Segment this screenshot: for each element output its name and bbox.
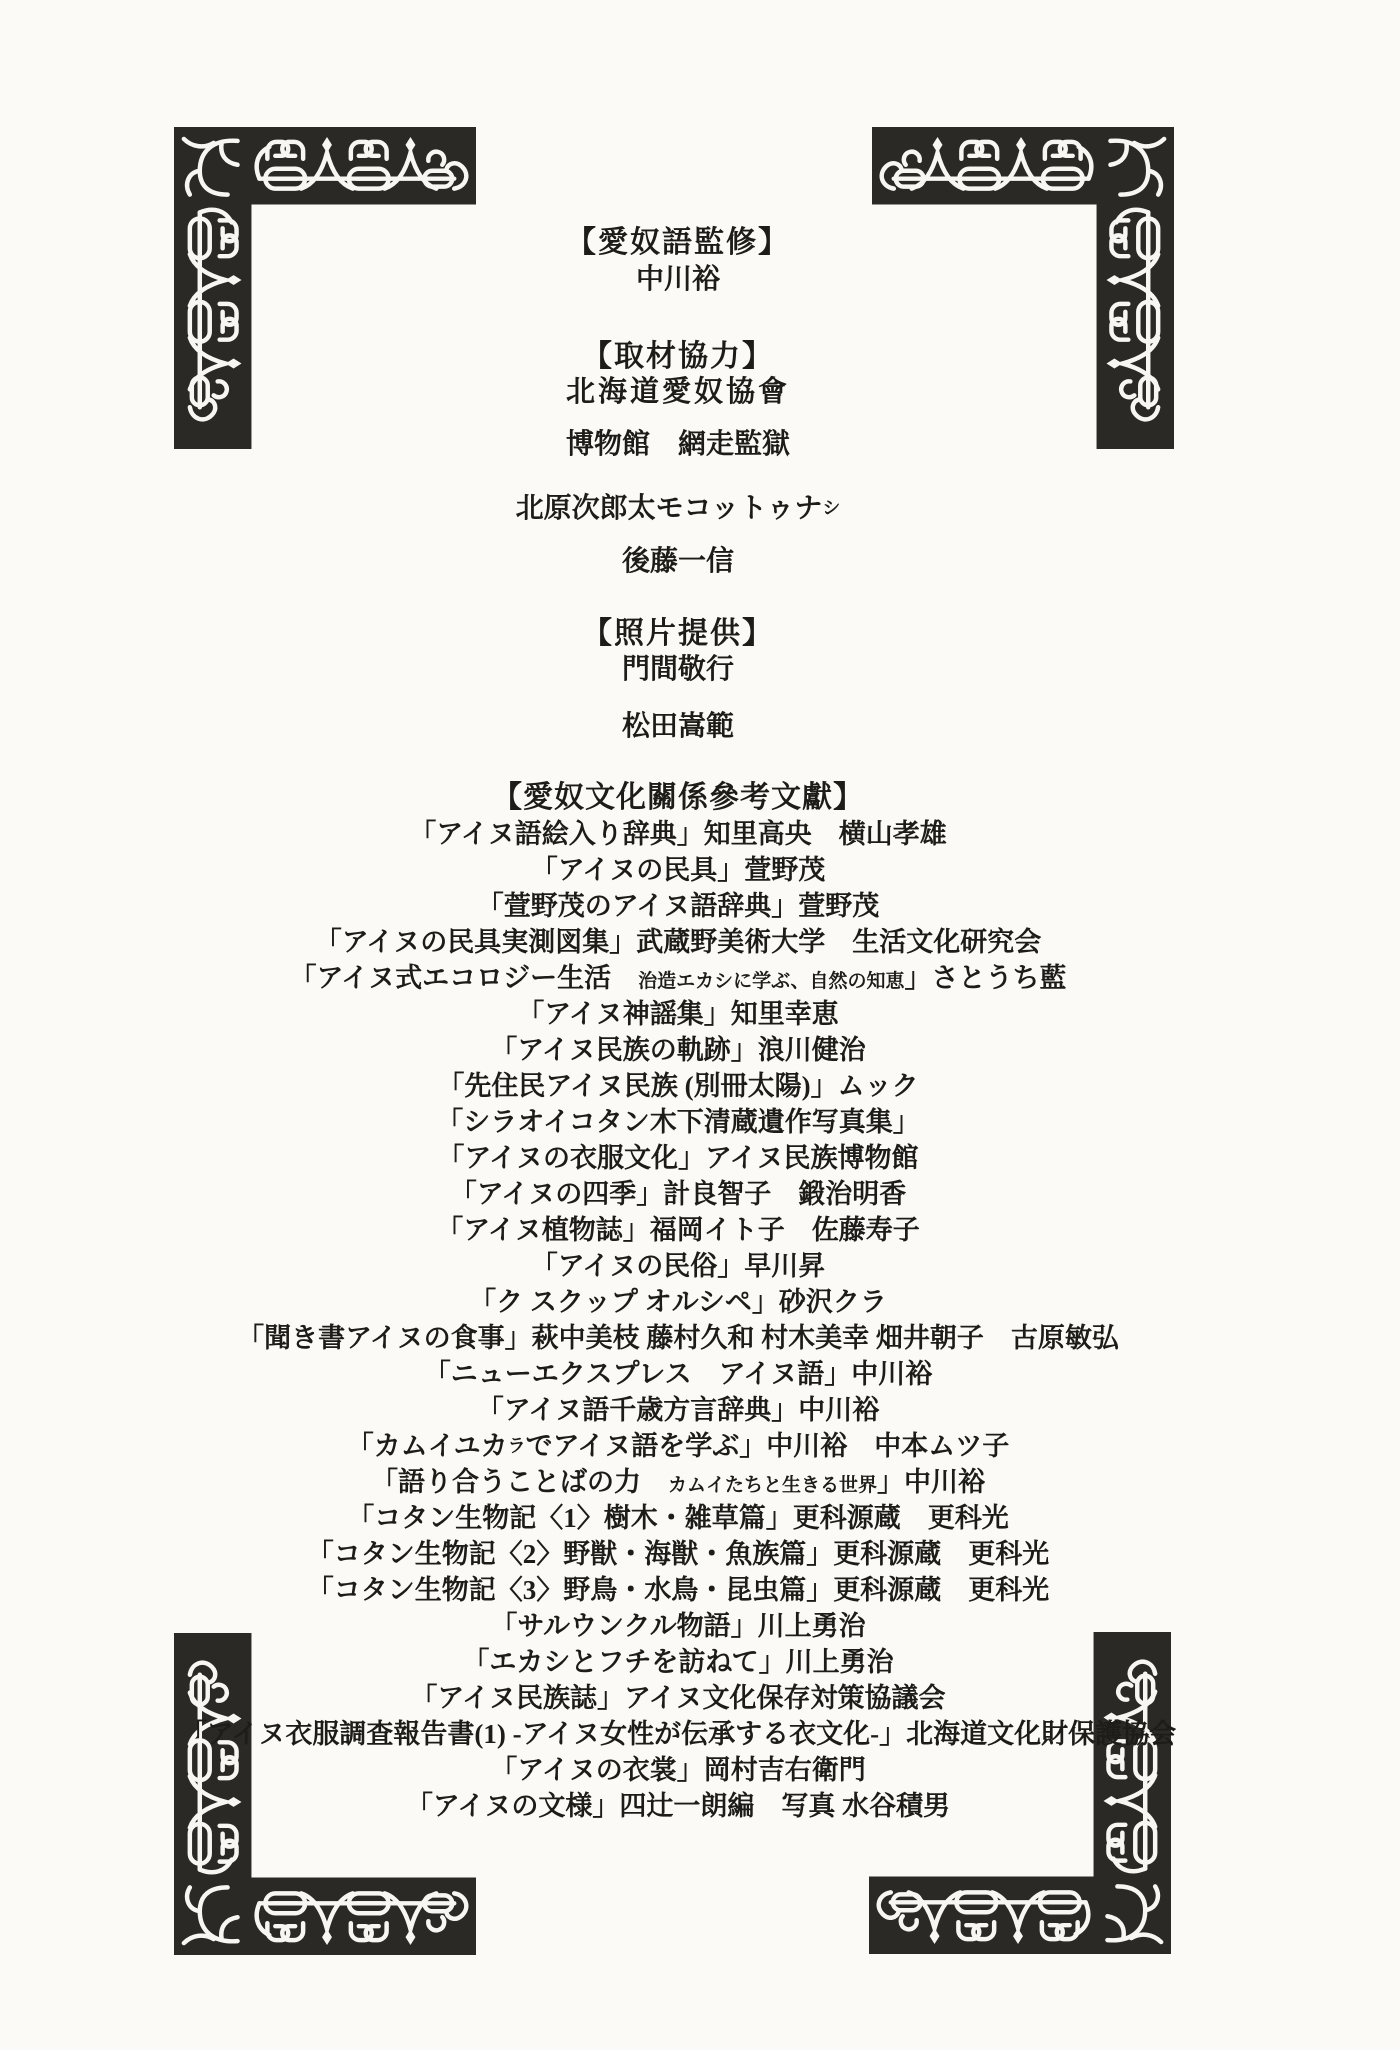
reference-item: 「アイヌの四季」計良智子 鍛治明香 (0, 1176, 1356, 1212)
credit-name: 松田嵩範 (0, 709, 1356, 745)
section-heading-references: 【愛奴文化關係參考文獻】 (0, 780, 1356, 816)
reference-list: 「アイヌ語絵入り辞典」知里高央 横山孝雄「アイヌの民具」萱野茂「萱野茂のアイヌ語… (0, 816, 1356, 1824)
reference-item: 「アイヌの民具実測図集」武蔵野美術大学 生活文化研究会 (0, 924, 1356, 960)
credit-name-small-kana: シ (822, 498, 840, 518)
reference-item: 「アイヌ語千歳方言辞典」中川裕 (0, 1392, 1356, 1428)
reference-item-text: 」中川裕 (877, 1467, 985, 1497)
reference-item: 「アイヌの衣裳」岡村吉右衛門 (0, 1752, 1356, 1788)
credit-name: 中川裕 (0, 262, 1356, 298)
credit-organization: 北海道愛奴協會 (0, 374, 1356, 410)
reference-item: 「コタン生物記〈3〉野鳥・水鳥・昆虫篇」更科源蔵 更科光 (0, 1572, 1356, 1608)
reference-item: 「アイヌの文様」四辻一朗編 写真 水谷積男 (0, 1788, 1356, 1824)
reference-item-text: でアイヌ語を学ぶ」中川裕 中本ムツ子 (526, 1431, 1010, 1461)
credit-name-text: 北原次郎太モコットゥナ (516, 493, 823, 524)
reference-item: 「エカシとフチを訪ねて」川上勇治 (0, 1644, 1356, 1680)
reference-item-text: 「カムイユカ (347, 1431, 508, 1461)
reference-item: 「アイヌの民具」萱野茂 (0, 852, 1356, 888)
reference-item: 「聞き書アイヌの食事」萩中美枝 藤村久和 村木美幸 畑井朝子 古原敏弘 (0, 1320, 1356, 1356)
credit-name: 北原次郎太モコットゥナシ (0, 490, 1356, 526)
reference-item: 「先住民アイヌ民族 (別冊太陽)」ムック (0, 1068, 1356, 1104)
credit-name: 門間敬行 (0, 652, 1356, 688)
reference-item: 「アイヌ神謡集」知里幸恵 (0, 996, 1356, 1032)
reference-item: 「カムイユカラでアイヌ語を学ぶ」中川裕 中本ムツ子 (0, 1428, 1356, 1464)
credit-name: 後藤一信 (0, 544, 1356, 580)
section-heading-ainu-language-supervision: 【愛奴語監修】 (0, 225, 1356, 261)
reference-item-subtitle: 治造エカシに学ぶ、自然の知恵 (638, 971, 904, 992)
section-heading-reporting-cooperation: 【取材協力】 (0, 339, 1356, 375)
reference-item: 「アイヌ民族誌」アイヌ文化保存対策協議会 (0, 1680, 1356, 1716)
reference-item: 「アイヌ式エコロジー生活 治造エカシに学ぶ、自然の知恵」さとうち藍 (0, 960, 1356, 996)
section-heading-photo-credit: 【照片提供】 (0, 616, 1356, 652)
reference-item-subtitle: カムイたちと生きる世界 (668, 1475, 877, 1496)
reference-item-small-kana: ラ (508, 1436, 526, 1456)
reference-item: 「シラオイコタン木下清蔵遺作写真集」 (0, 1104, 1356, 1140)
reference-item: 「コタン生物記〈1〉樹木・雑草篇」更科源蔵 更科光 (0, 1500, 1356, 1536)
reference-item: 「アイヌ植物誌」福岡イト子 佐藤寿子 (0, 1212, 1356, 1248)
credit-name: 博物館 網走監獄 (0, 427, 1356, 463)
reference-item: 「アイヌ語絵入り辞典」知里高央 横山孝雄 (0, 816, 1356, 852)
reference-item-text: 」さとうち藍 (904, 963, 1066, 993)
page-content: 【愛奴語監修】 中川裕 【取材協力】 北海道愛奴協會 博物館 網走監獄 北原次郎… (0, 0, 1356, 2050)
reference-item: 「コタン生物記〈2〉野獣・海獣・魚族篇」更科源蔵 更科光 (0, 1536, 1356, 1572)
reference-item-text: 「語り合うことばの力 (371, 1467, 668, 1497)
reference-item: 「サルウンクル物語」川上勇治 (0, 1608, 1356, 1644)
reference-item: 「語り合うことばの力 カムイたちと生きる世界」中川裕 (0, 1464, 1356, 1500)
reference-item: 「アイヌ民族の軌跡」浪川健治 (0, 1032, 1356, 1068)
reference-item: 「ク スクップ オルシペ」砂沢クラ (0, 1284, 1356, 1320)
scanned-book-page: { "page": { "background": "#fbfaf7", "in… (0, 0, 1400, 2050)
reference-item-text: 「アイヌ式エコロジー生活 (290, 963, 639, 993)
reference-item: 「アイヌの衣服文化」アイヌ民族博物館 (0, 1140, 1356, 1176)
reference-item: 「アイヌ衣服調査報告書(1) -アイヌ女性が伝承する衣文化-」北海道文化財保護協… (0, 1716, 1356, 1752)
reference-item: 「アイヌの民俗」早川昇 (0, 1248, 1356, 1284)
reference-item: 「萱野茂のアイヌ語辞典」萱野茂 (0, 888, 1356, 924)
reference-item: 「ニューエクスプレス アイヌ語」中川裕 (0, 1356, 1356, 1392)
